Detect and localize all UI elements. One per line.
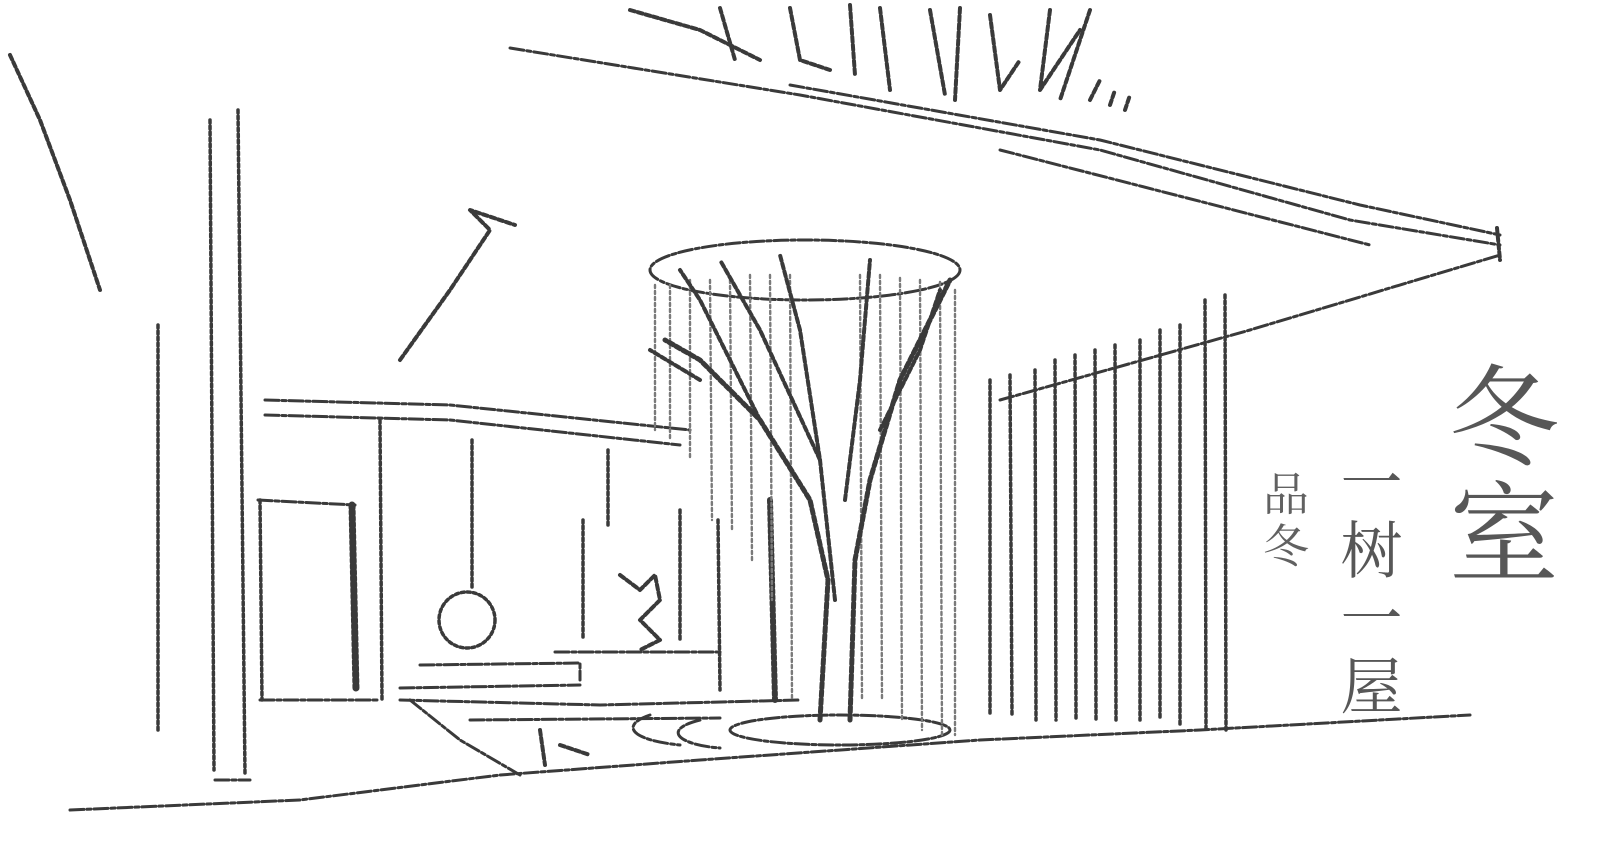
inner-room [258,400,775,700]
roof-lines [510,48,1500,400]
inscription-line-1: 一树一屋 [1335,450,1397,722]
tree [650,255,950,720]
top-tree-branches [630,5,1130,110]
right-wall-slats [990,295,1226,730]
left-stroke [10,55,100,290]
inscription-title: 冬室 [1440,360,1550,592]
floor-lines [70,700,1470,810]
inscription-line-2: 品冬 [1260,470,1306,574]
left-columns [158,110,250,780]
skylight-stroke [400,210,515,360]
